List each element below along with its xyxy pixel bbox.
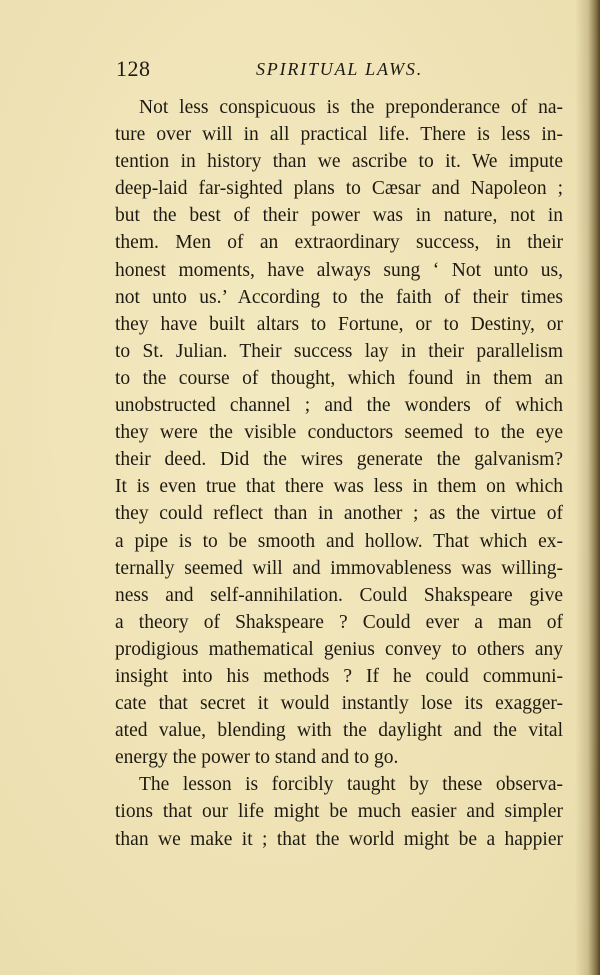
text-line: Not less conspicuous is the preponderanc… (115, 94, 563, 121)
text-line: not unto us.’ According to the faith of … (115, 284, 563, 311)
page-number: 128 (116, 56, 151, 82)
text-line: them. Men of an extraordinary success, i… (115, 229, 563, 256)
text-line: It is even true that there was less in t… (115, 473, 563, 500)
text-line: their deed. Did the wires generate the g… (115, 446, 563, 473)
text-line: energy the power to stand and to go. (115, 744, 563, 771)
text-line: to St. Julian. Their success lay in thei… (115, 338, 563, 365)
text-line: cate that secret it would instantly lose… (115, 690, 563, 717)
text-line: to the course of thought, which found in… (115, 365, 563, 392)
book-page: 128 SPIRITUAL LAWS. Not less conspicuous… (0, 0, 600, 975)
text-line: but the best of their power was in natur… (115, 202, 563, 229)
text-line: than we make it ; that the world might b… (115, 826, 563, 853)
text-line: unobstructed channel ; and the wonders o… (115, 392, 563, 419)
text-line: they have built altars to Fortune, or to… (115, 311, 563, 338)
running-head: 128 SPIRITUAL LAWS. (116, 56, 562, 86)
text-line: insight into his methods ? If he could c… (115, 663, 563, 690)
text-line: prodigious mathematical genius convey to… (115, 636, 563, 663)
text-line: ness and self-annihilation. Could Shaksp… (115, 582, 563, 609)
text-line: deep-laid far-sighted plans to Cæsar and… (115, 175, 563, 202)
text-line: they could reflect than in another ; as … (115, 500, 563, 527)
text-line: ated value, blending with the daylight a… (115, 717, 563, 744)
text-line: tention in history than we ascribe to it… (115, 148, 563, 175)
text-line: honest moments, have always sung ‘ Not u… (115, 257, 563, 284)
body-text: Not less conspicuous is the preponderanc… (115, 94, 563, 853)
text-line: ternally seemed will and immovableness w… (115, 555, 563, 582)
text-line: they were the visible conductors seemed … (115, 419, 563, 446)
running-title: SPIRITUAL LAWS. (256, 59, 423, 80)
text-line: a theory of Shakspeare ? Could ever a ma… (115, 609, 563, 636)
text-line: a pipe is to be smooth and hollow. That … (115, 528, 563, 555)
text-line: ture over will in all practical life. Th… (115, 121, 563, 148)
text-line: The lesson is forcibly taught by these o… (115, 771, 563, 798)
text-line: tions that our life might be much easier… (115, 798, 563, 825)
